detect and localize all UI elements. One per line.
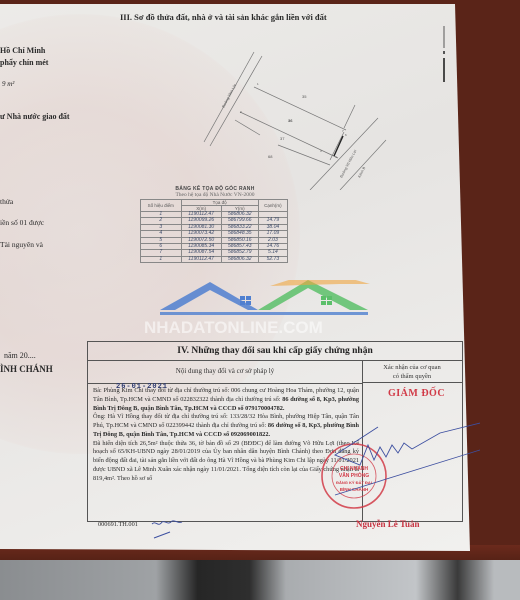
signer-title: GIÁM ĐỐC [388, 388, 445, 399]
left-fragment: Hồ Chí Minh [0, 46, 45, 55]
parcel-label-35: 35 [302, 94, 307, 99]
canal-label: Kênh B [357, 166, 366, 179]
background-clothing [0, 560, 520, 600]
svg-text:6: 6 [345, 133, 347, 137]
section-4-title: IV. Những thay đổi sau khi cấp giấy chứn… [88, 342, 462, 361]
signer-name: Nguyễn Lê Tuân [356, 519, 420, 529]
left-fragment: phẩy chín mét [0, 58, 48, 67]
header-point: Số hiệu điểm [141, 200, 182, 212]
table-row: 11190112.47586806.3252.73 [141, 256, 288, 262]
authority-header: Xác nhận của cơ quan có thẩm quyền [362, 360, 462, 383]
parcel-label-36: 36 [288, 118, 293, 123]
parcel-diagram: 35 36 37 68 1 2 7 4 3 6 Đường Vĩnh Lộc Đ… [190, 50, 400, 190]
left-fragment: thửa [0, 197, 13, 206]
north-arrow-icon [442, 26, 446, 82]
watermark-text: NHADATONLINE.COM [144, 318, 323, 337]
left-fragment: 9 m² [2, 80, 14, 88]
header-edge: Cạnh(m) [258, 200, 287, 212]
signature-director [330, 405, 480, 515]
file-number: 000691.TH.001 [98, 521, 138, 528]
coordinate-table-subtitle: Theo hệ tọa độ Nhà Nước VN-2000 [140, 192, 290, 198]
watermark-logo: NHADATONLINE.COM [140, 280, 380, 342]
svg-text:1: 1 [257, 82, 259, 86]
left-fragment: năm 20.... [4, 351, 36, 360]
road-label-vinh-loc: Đường Vĩnh Lộc [221, 83, 237, 108]
left-fragment: iền số 01 được [0, 218, 44, 227]
parcel-label-37: 37 [280, 136, 285, 141]
date-stamp: 26-01-2021 [116, 383, 168, 391]
left-fragment: Tài nguyên và [0, 240, 43, 249]
parcel-label-68: 68 [268, 154, 273, 159]
changes-content-header: Nội dung thay đổi và cơ sở pháp lý [88, 360, 362, 384]
svg-text:4: 4 [335, 155, 337, 159]
left-fragment: ÌNH CHÁNH [0, 364, 53, 374]
section-3-title: III. Sơ đồ thửa đất, nhà ở và tài sản kh… [120, 12, 327, 22]
coordinate-table: BẢNG KÊ TỌA ĐỘ GÓC RANH Theo hệ tọa độ N… [140, 186, 290, 263]
signature-initials [150, 518, 190, 542]
svg-text:3: 3 [320, 149, 322, 153]
left-fragment: ư Nhà nước giao đất [0, 112, 70, 121]
svg-text:2: 2 [240, 110, 242, 114]
change-paragraph: Ông: Hà Vĩ Hồng thay đổi từ địa chỉ thườ… [93, 413, 359, 439]
